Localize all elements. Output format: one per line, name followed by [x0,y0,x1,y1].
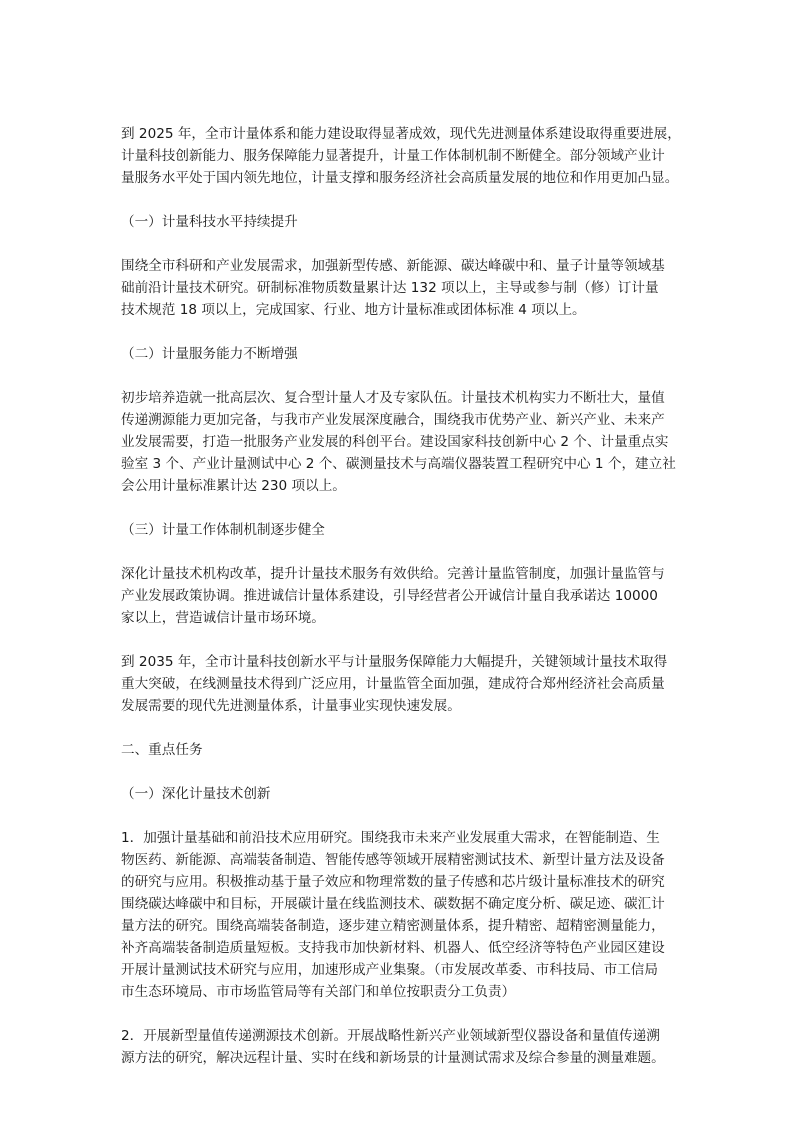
text-line: 础前沿计量技术研究。研制标准物质数量累计达 132 项以上，主导或参与制（修）订… [121,277,691,299]
text-line: 发展需要的现代先进测量体系，计量事业实现快速发展。 [121,695,691,717]
text-line: 量方法的研究。围绕高端装备制造，逐步建立精密测量体系，提升精密、超精密测量能力， [121,915,691,937]
text-line: 量服务水平处于国内领先地位，计量支撑和服务经济社会高质量发展的地位和作用更加凸显… [121,167,691,189]
text-line: 业发展需要，打造一批服务产业发展的科创平台。建设国家科技创新中心 2 个、计量重… [121,431,691,453]
text-line: 产业发展政策协调。推进诚信计量体系建设，引导经营者公开诚信计量自我承诺达 100… [121,585,691,607]
paragraph-task-2: 2．开展新型量值传递溯源技术创新。开展战略性新兴产业领域新型仪器设备和量值传递溯… [121,1025,691,1069]
text-line: 源方法的研究，解决远程计量、实时在线和新场景的计量测试需求及综合参量的测量难题。 [121,1047,691,1069]
section-heading: （二）计量服务能力不断增强 [121,343,691,365]
paragraph-task-1: 1．加强计量基础和前沿技术应用研究。围绕我市未来产业发展重大需求，在智能制造、生… [121,827,691,1003]
text-line: 1．加强计量基础和前沿技术应用研究。围绕我市未来产业发展重大需求，在智能制造、生 [121,827,691,849]
text-line: 补齐高端装备制造质量短板。支持我市加快新材料、机器人、低空经济等特色产业园区建设 [121,937,691,959]
text-line: 技术规范 18 项以上，完成国家、行业、地方计量标准或团体标准 4 项以上。 [121,299,691,321]
text-line: 会公用计量标准累计达 230 项以上。 [121,475,691,497]
text-line: 深化计量技术机构改革，提升计量技术服务有效供给。完善计量监管制度，加强计量监管与 [121,563,691,585]
text-line: 传递溯源能力更加完备，与我市产业发展深度融合，围绕我市优势产业、新兴产业、未来产 [121,409,691,431]
text-line: 初步培养造就一批高层次、复合型计量人才及专家队伍。计量技术机构实力不断壮大，量值 [121,387,691,409]
section-heading: （一）计量科技水平持续提升 [121,211,691,233]
paragraph-system-mechanism: 深化计量技术机构改革，提升计量技术服务有效供给。完善计量监管制度，加强计量监管与… [121,563,691,629]
text-line: 市生态环境局、市市场监管局等有关部门和单位按职责分工负责） [121,981,691,1003]
paragraph-service-capacity: 初步培养造就一批高层次、复合型计量人才及专家队伍。计量技术机构实力不断壮大，量值… [121,387,691,497]
text-line: 围绕全市科研和产业发展需求，加强新型传感、新能源、碳达峰碳中和、量子计量等领域基 [121,255,691,277]
paragraph-tech-level: 围绕全市科研和产业发展需求，加强新型传感、新能源、碳达峰碳中和、量子计量等领域基… [121,255,691,321]
chapter-heading: 二、重点任务 [121,739,691,761]
text-line: 开展计量测试技术研究与应用，加速形成产业集聚。（市发展改革委、市科技局、市工信局 [121,959,691,981]
text-line: 到 2025 年，全市计量体系和能力建设取得显著成效，现代先进测量体系建设取得重… [121,123,691,145]
text-line: 计量科技创新能力、服务保障能力显著提升，计量工作体制机制不断健全。部分领域产业计 [121,145,691,167]
section-heading: （三）计量工作体制机制逐步健全 [121,519,691,541]
paragraph-2035-goals: 到 2035 年，全市计量科技创新水平与计量服务保障能力大幅提升，关键领域计量技… [121,651,691,717]
document-page: 到 2025 年，全市计量体系和能力建设取得显著成效，现代先进测量体系建设取得重… [121,123,691,1091]
section-heading: （一）深化计量技术创新 [121,783,691,805]
text-line: 围绕碳达峰碳中和目标，开展碳计量在线监测技术、碳数据不确定度分析、碳足迹、碳汇计 [121,893,691,915]
paragraph-2025-goals: 到 2025 年，全市计量体系和能力建设取得显著成效，现代先进测量体系建设取得重… [121,123,691,189]
text-line: 2．开展新型量值传递溯源技术创新。开展战略性新兴产业领域新型仪器设备和量值传递溯 [121,1025,691,1047]
text-line: 物医药、新能源、高端装备制造、智能传感等领域开展精密测试技术、新型计量方法及设备 [121,849,691,871]
text-line: 到 2035 年，全市计量科技创新水平与计量服务保障能力大幅提升，关键领域计量技… [121,651,691,673]
text-line: 的研究与应用。积极推动基于量子效应和物理常数的量子传感和芯片级计量标准技术的研究 [121,871,691,893]
text-line: 家以上，营造诚信计量市场环境。 [121,607,691,629]
text-line: 重大突破，在线测量技术得到广泛应用，计量监管全面加强，建成符合郑州经济社会高质量 [121,673,691,695]
text-line: 验室 3 个、产业计量测试中心 2 个、碳测量技术与高端仪器装置工程研究中心 1… [121,453,691,475]
